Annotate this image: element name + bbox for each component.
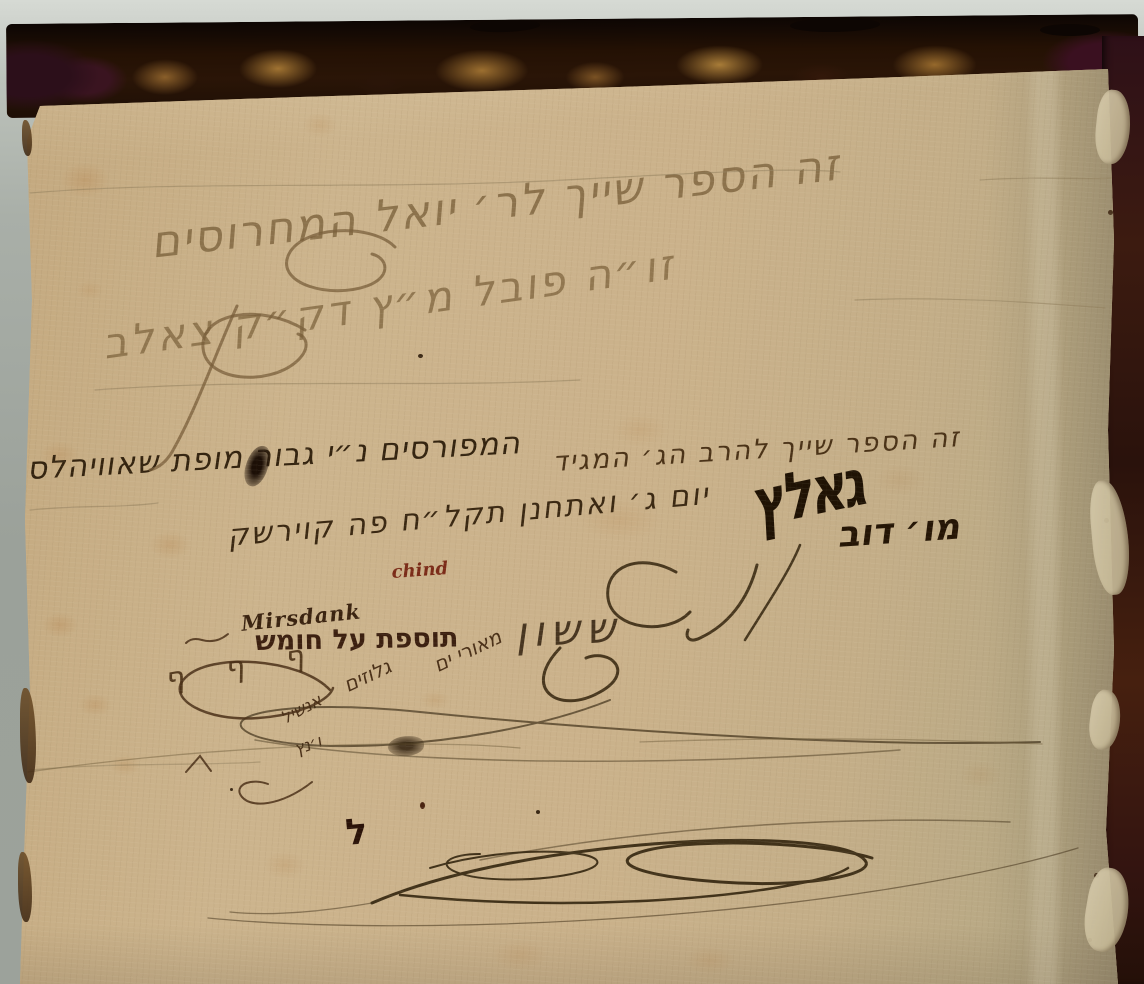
paper-crease-lines <box>30 170 1112 770</box>
inscription-scribble-3: אנשיל <box>278 691 325 728</box>
inscription-scribble-letters: ף ף ף <box>162 637 322 697</box>
inscription-name-flourished: גאלץ <box>744 449 867 542</box>
ink-fleck <box>230 788 233 791</box>
worm-hole <box>1108 210 1113 215</box>
inscription-name-honorific: מו׳ דוב <box>836 507 961 555</box>
inscription-date-line: יום ג׳ ואתחנן תקל״ח פה קוירשק <box>226 478 711 553</box>
flourish-overlay <box>0 0 1144 984</box>
inscription-scribble-2: גלוזים <box>340 655 394 696</box>
ink-fleck <box>536 810 540 814</box>
scribble-loops <box>180 634 333 804</box>
inscription-owner-line-1: זה הספר שייך לר׳ יואל המחרוסים <box>148 141 843 268</box>
inscription-latin-name: Mirsdank <box>240 599 362 635</box>
inscription-scribble-4: ו׳נץ <box>292 733 324 760</box>
torn-edge-fragment <box>22 120 32 156</box>
inscription-scribble-1: מאורי ים <box>430 625 505 675</box>
flyleaf-page: זה הספר שייך לר׳ יואל המחרוסים זו״ה פובל… <box>0 0 1144 984</box>
ink-smudge <box>388 736 424 756</box>
inscription-owner-line-2: זו״ה פובל מ״ץ דק״ק צאלב <box>100 242 679 368</box>
bottom-paraph <box>208 820 1078 926</box>
inscription-signature: ששון <box>514 604 623 656</box>
inscription-square-note: תוספת על חומש <box>255 623 459 656</box>
inscription-dedication-right: זה הספר שייך להרב הג׳ המגיד <box>552 423 962 478</box>
ink-blot <box>241 443 273 489</box>
faded-ink-loops <box>150 231 395 470</box>
ink-fleck <box>420 802 425 809</box>
inscription-latin-chind: chind <box>391 559 449 583</box>
inscription-dedication-left: המפורסים נ״י גבור מופת שאוויהלס <box>26 426 521 486</box>
signature-flourishes <box>241 545 1040 761</box>
inscription-single-lamed: ל <box>344 812 369 853</box>
scanned-book-flyleaf: זה הספר שייך לר׳ יואל המחרוסים זו״ה פובל… <box>0 0 1144 984</box>
faint-pen-lines <box>28 739 1042 772</box>
ink-fleck <box>418 354 423 358</box>
leather-frayed-tuft <box>1040 24 1100 36</box>
